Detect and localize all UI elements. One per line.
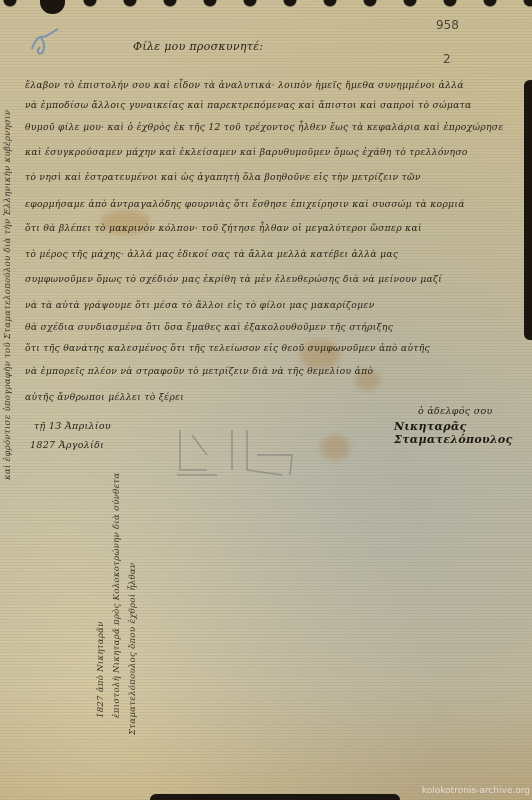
blue-pencil-mark-icon	[30, 25, 60, 57]
torn-edge-top	[0, 0, 532, 10]
date-year: 1827 Ἀργολίδι	[30, 440, 104, 451]
endorsement-line: ἐπιστολὴ Νικηταρᾶ πρὸς Κολοκοτρώνην διὰ …	[112, 473, 122, 718]
body-line: νὰ τὰ αὐτὰ γράψουμε ὅτι μέσα τὸ ἄλλοι εἰ…	[25, 300, 375, 311]
body-line: τὸ μέρος τῆς μάχης· ἀλλά μας ἐδικοί σας …	[25, 249, 398, 260]
page-number: 2	[443, 52, 451, 66]
torn-edge-right	[524, 80, 532, 340]
salutation: Φίλε μου προσκυνητέ:	[133, 40, 263, 53]
body-line: τὸ νησὶ καὶ ἐστρατευμένοι καὶ ὡς ἀγαπητὴ…	[25, 172, 421, 183]
margin-note-vertical: καὶ ἐφρόντισε ὑπογραφὴν τοῦ Σταματελοπού…	[3, 110, 13, 480]
body-line: θυμοῦ φίλε μου· καὶ ὁ ἐχθρὸς ἐκ τῆς 12 τ…	[25, 122, 504, 133]
body-line: αὐτῆς ἄνθρωποι μέλλει τὸ ξέρει	[25, 392, 184, 403]
body-line: νὰ ἐμποδίσω ἄλλοις γυναικείας καὶ παρεκτ…	[25, 100, 472, 111]
closing: ὁ ἀδελφός σου	[418, 406, 493, 417]
torn-edge-bottom	[150, 794, 400, 800]
body-line: ὅτι θὰ βλέπει τὸ μακρινὸν κόλπον· τοῦ ζή…	[25, 223, 422, 234]
body-line: θὰ σχέδια συνδιασμένα ὅτι ὅσα ἔμαθες καὶ…	[25, 322, 393, 333]
endorsement-line: 1827 ἀπὸ Νικηταρᾶν	[96, 621, 106, 718]
manuscript-page: 958 2 Φίλε μου προσκυνητέ: ἔλαβον τὸ ἐπι…	[0, 0, 532, 800]
faded-seal-stamp-icon	[172, 425, 307, 485]
archive-number: 958	[436, 18, 459, 32]
body-line: νὰ ἐμπορεῖς πλέον νὰ στραφοῦν τὸ μετρίζε…	[25, 366, 373, 377]
endorsement-line: Σταματελόπουλος ὅπου ἐχθροὶ ἦλθαν	[128, 563, 138, 735]
date-place: τῇ 13 Ἀπριλίου	[34, 421, 111, 432]
body-line: καὶ ἐσυγκρούσαμεν μάχην καὶ ἐκλείσαμεν κ…	[25, 147, 468, 158]
body-line: ὅτι τῆς θανάτης καλεσμένος ὅτι τῆς τελεί…	[25, 343, 430, 354]
signature: Νικηταρᾶς Σταματελόπουλος	[394, 420, 532, 446]
stain	[320, 435, 350, 460]
body-line: ἔλαβον τὸ ἐπιστολήν σου καὶ εἶδον τὰ ἀνα…	[25, 80, 464, 91]
torn-notch	[40, 0, 65, 14]
watermark: kolokotronis-archive.org	[422, 786, 530, 796]
body-line: εφορμήσαμε ἀπὸ ἀντραγαλόδης φουρνιὰς ὅτι…	[25, 199, 465, 210]
body-line: συμφωνοῦμεν ὅμως τὸ σχέδιόν μας ἐκρίθη τ…	[25, 274, 442, 285]
